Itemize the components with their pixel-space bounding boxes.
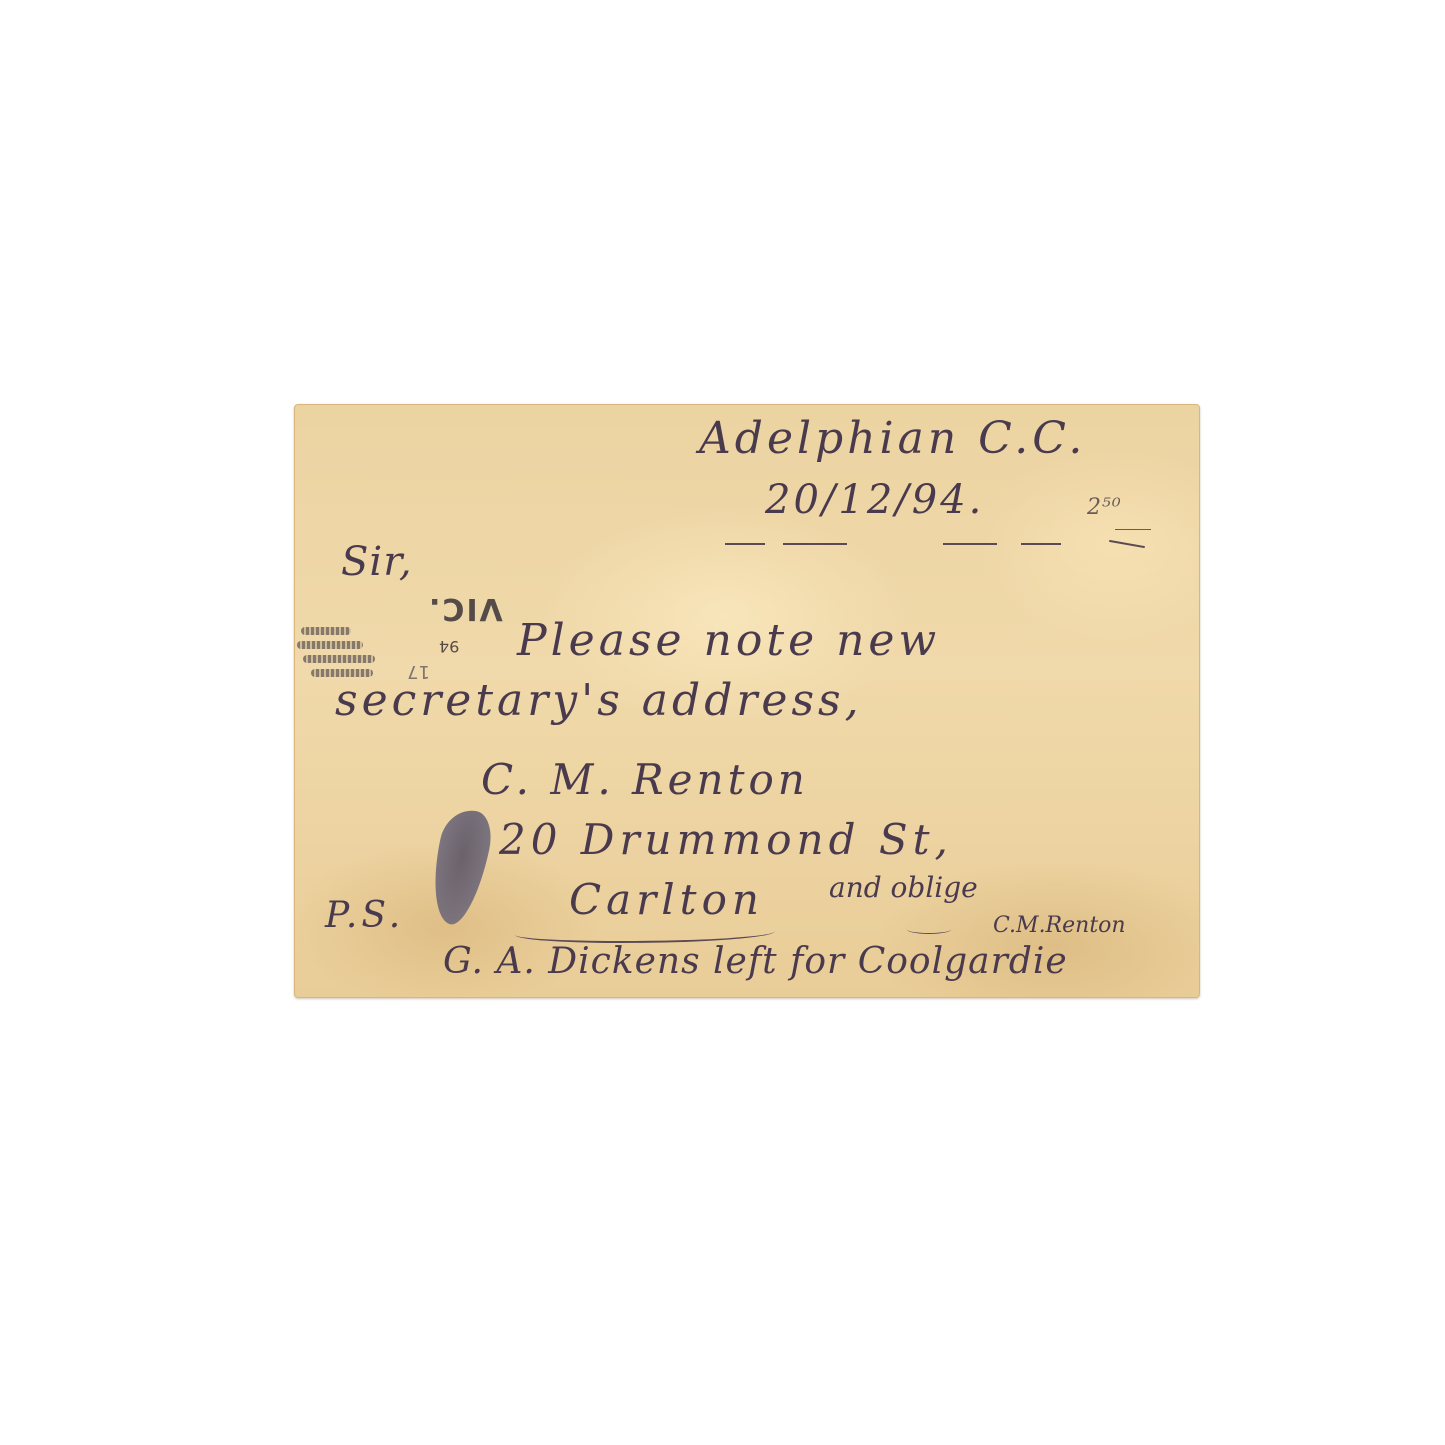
pencil-price-note: 2⁵⁰ (1087, 495, 1122, 520)
address-name: C. M. Renton (481, 755, 809, 804)
closing-text: and oblige (829, 871, 978, 904)
address-suburb: Carlton (569, 875, 764, 924)
signature-dash (907, 925, 951, 934)
postscript-text: G. A. Dickens left for Coolgardie (443, 941, 1068, 982)
dash-rule (725, 543, 1165, 553)
club-heading: Adelphian C.C. (699, 413, 1086, 464)
address-street: 20 Drummond St, (499, 815, 953, 864)
body-line-2: secretary's address, (335, 675, 863, 726)
ink-blot-stain (423, 805, 496, 929)
body-line-1: Please note new (517, 615, 940, 666)
letter-date: 20/12/94. (765, 477, 984, 523)
postmark-place: VIC. (427, 591, 503, 626)
signature: C.M.Renton (993, 913, 1126, 938)
postcard: Adelphian C.C. 20/12/94. 2⁵⁰ Sir, VIC. 9… (294, 404, 1200, 998)
postmark-year: 94 (439, 637, 459, 656)
postscript-label: P.S. (325, 895, 404, 936)
price-underline (1115, 529, 1151, 530)
suburb-underline (515, 923, 775, 943)
salutation: Sir, (341, 539, 413, 585)
